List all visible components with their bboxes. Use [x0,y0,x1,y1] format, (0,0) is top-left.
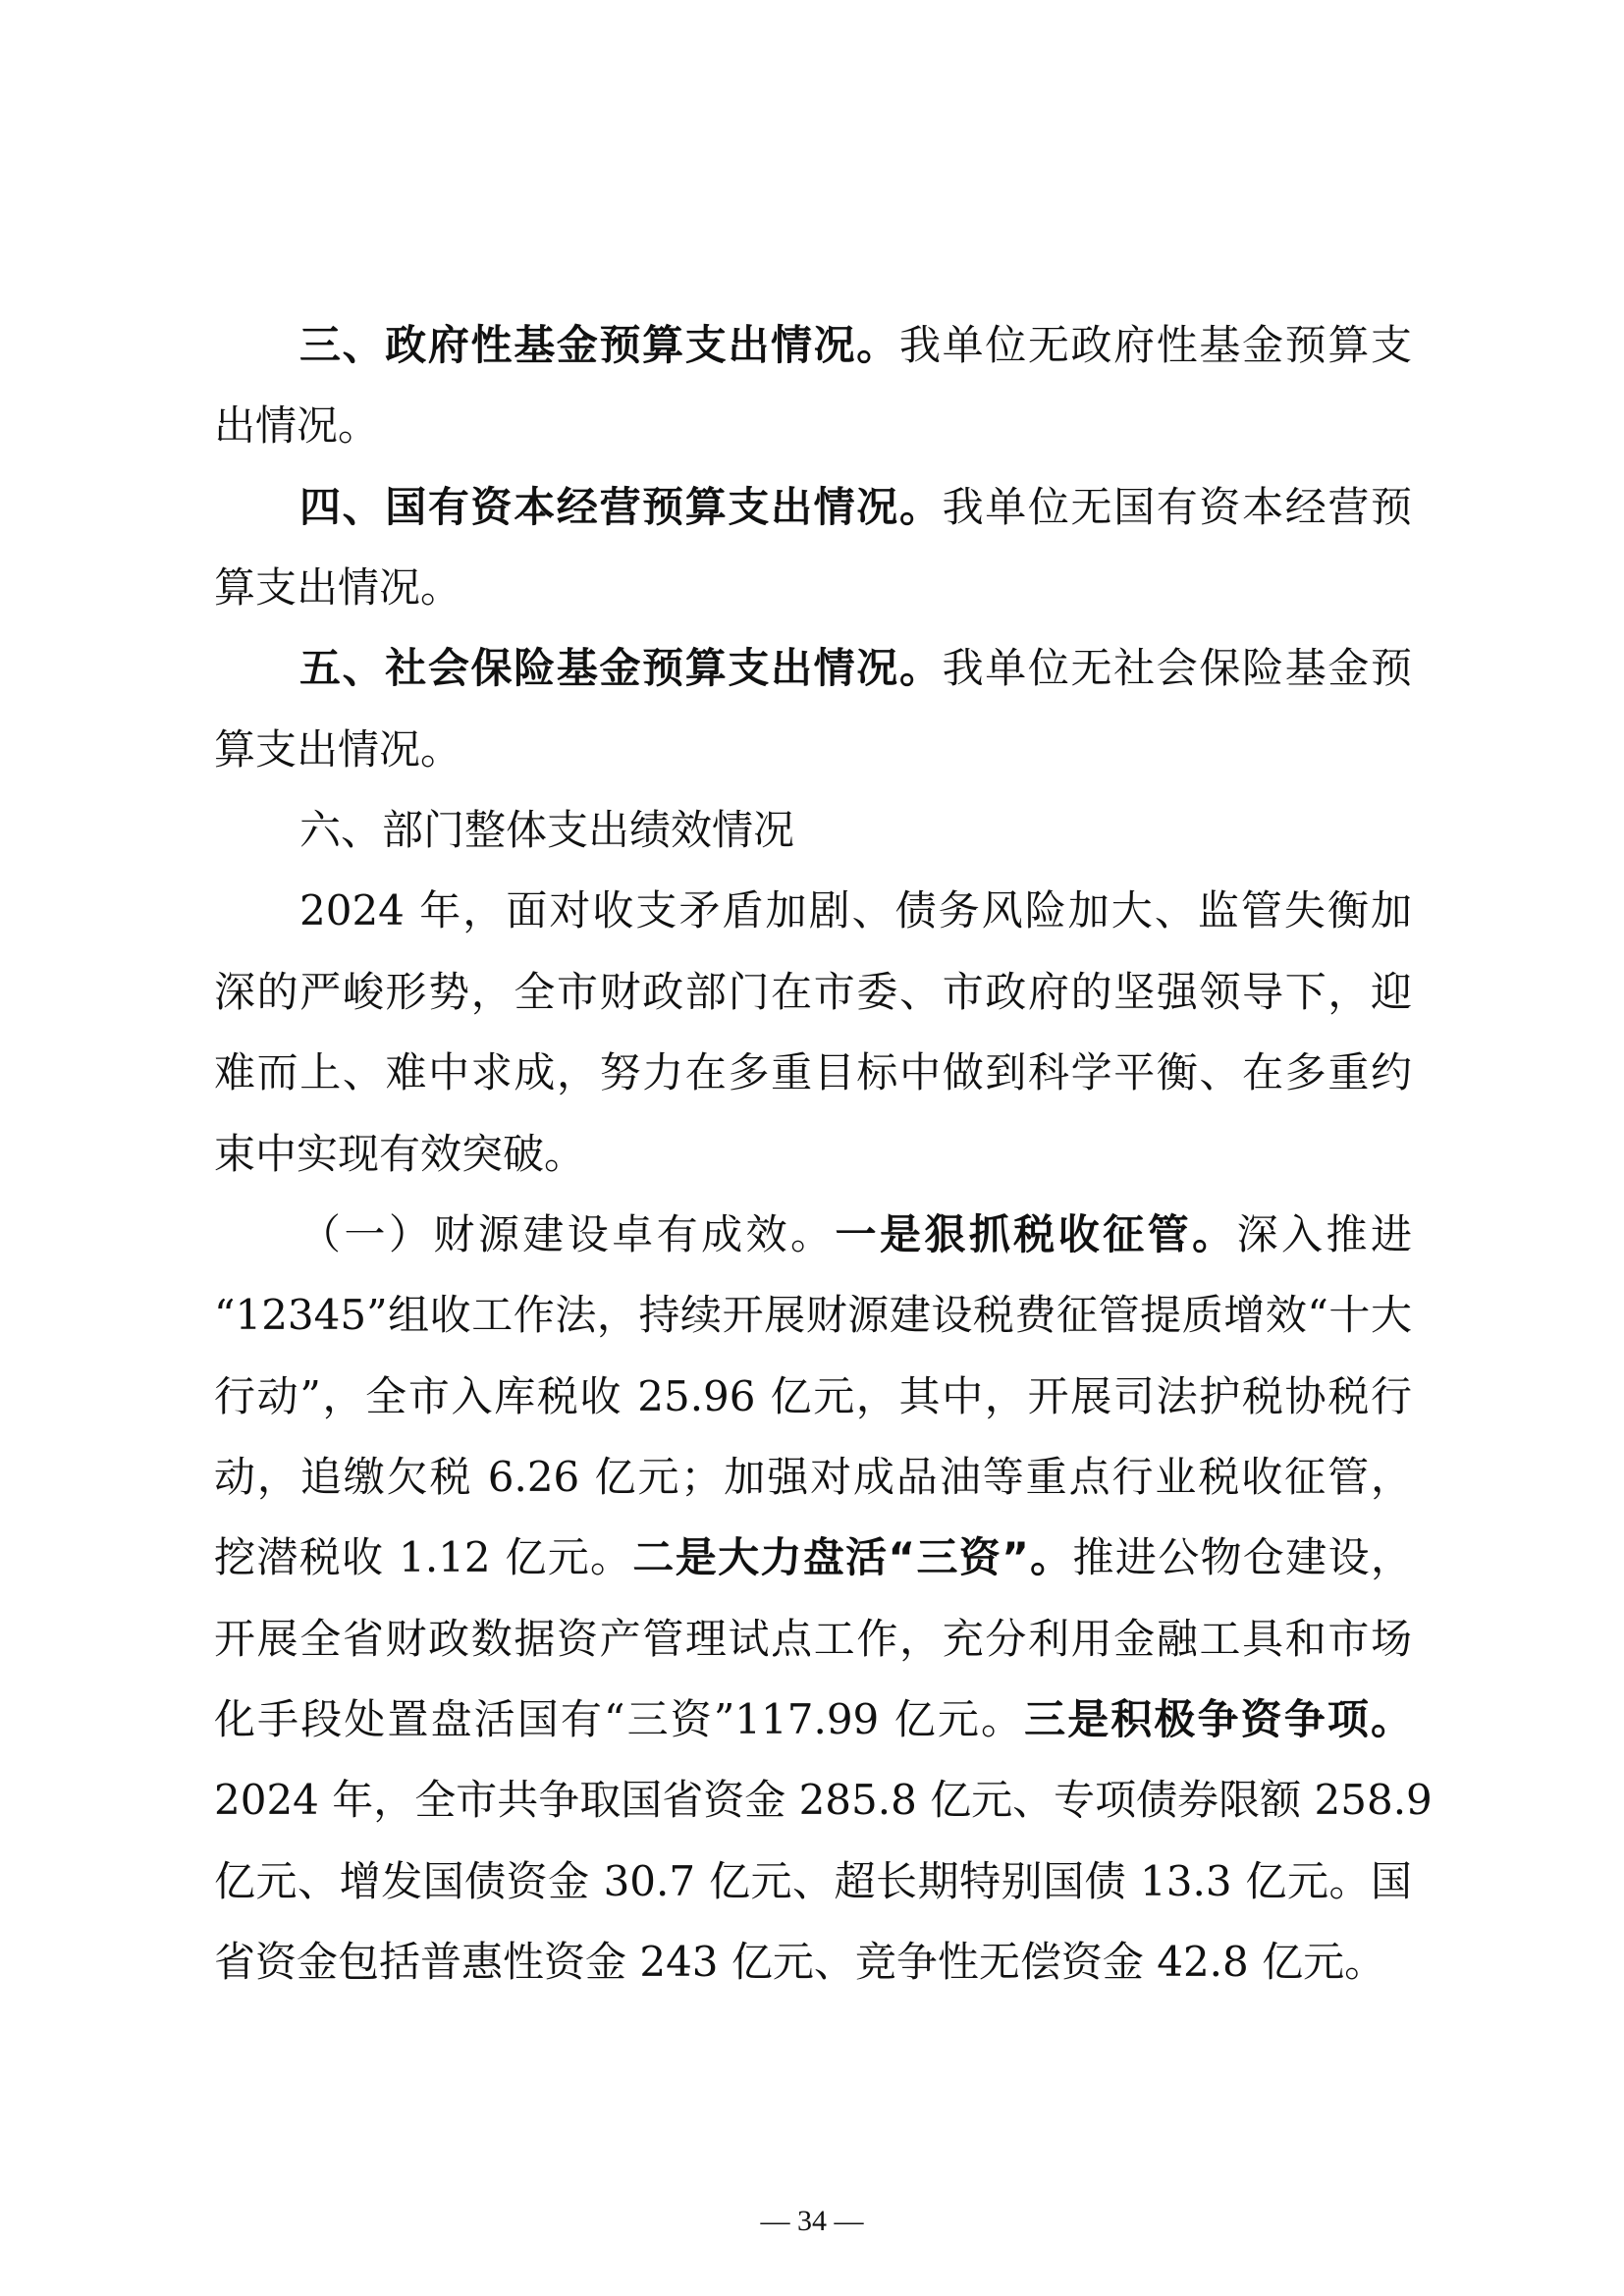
page-number: — 34 — [0,2202,1624,2241]
paragraph-line: 挖潜税收 1.12 亿元。二是大力盘活“三资”。推进公物仓建设， [214,1528,1412,1587]
text-run: 推进公物仓建设， [1073,1533,1412,1581]
text-run: 2024 年，全市共争取国省资金 285.8 亿元、专项债券限额 258.9 [214,1776,1433,1824]
text-run: 2024 年，面对收支矛盾加剧、债务风险加大、监管失衡加 [299,886,1412,934]
paragraph-line: 五、社会保险基金预算支出情况。我单位无社会保险基金预 [299,639,1412,698]
paragraph-line: 出情况。 [214,397,1412,455]
text-run: 深入推进 [1237,1210,1412,1258]
paragraph-line: 2024 年，全市共争取国省资金 285.8 亿元、专项债券限额 258.9 [214,1771,1412,1830]
text-run: 算支出情况。 [214,563,461,612]
bold-phrase: 三、政府性基金预算支出情况。 [299,321,899,369]
paragraph-line: “12345”组收工作法，持续开展财源建设税费征管提质增效“十大 [214,1286,1412,1345]
text-run: 挖潜税收 1.12 亿元。 [214,1533,632,1581]
text-run: 难而上、难中求成，努力在多重目标中做到科学平衡、在多重约 [214,1048,1412,1096]
text-run: 开展全省财政数据资产管理试点工作，充分利用金融工具和市场 [214,1615,1412,1663]
text-run: “12345”组收工作法，持续开展财源建设税费征管提质增效“十大 [214,1291,1412,1339]
text-run: 行动”，全市入库税收 25.96 亿元，其中，开展司法护税协税行 [214,1372,1412,1420]
bold-phrase: 一是狠抓税收征管。 [835,1210,1236,1258]
bold-phrase: 四、国有资本经营预算支出情况。 [299,483,943,531]
text-run: 我单位无社会保险基金预 [943,644,1412,692]
text-run: 束中实现有效突破。 [214,1130,585,1178]
paragraph-line: 四、国有资本经营预算支出情况。我单位无国有资本经营预 [299,478,1412,537]
bold-phrase: 五、社会保险基金预算支出情况。 [299,644,943,692]
section-heading: 六、部门整体支出绩效情况 [299,806,794,854]
paragraph-line: 算支出情况。 [214,721,1412,779]
paragraph-line: 算支出情况。 [214,559,1412,617]
paragraph-line: 亿元、增发国债资金 30.7 亿元、超长期特别国债 13.3 亿元。国 [214,1852,1412,1911]
paragraph-line: 行动”，全市入库税收 25.96 亿元，其中，开展司法护税协税行 [214,1367,1412,1426]
paragraph-line: 开展全省财政数据资产管理试点工作，充分利用金融工具和市场 [214,1610,1412,1669]
paragraph-line: 化手段处置盘活国有“三资”117.99 亿元。三是积极争资争项。 [214,1690,1412,1749]
document-page: 三、政府性基金预算支出情况。我单位无政府性基金预算支出情况。四、国有资本经营预算… [0,0,1624,2296]
paragraph-line: 动，追缴欠税 6.26 亿元；加强对成品油等重点行业税收征管， [214,1448,1412,1507]
bold-phrase: 二是大力盘活“三资”。 [632,1533,1072,1581]
text-run: 亿元、增发国债资金 30.7 亿元、超长期特别国债 13.3 亿元。国 [214,1857,1412,1905]
text-run: 我单位无政府性基金预算支 [899,321,1412,369]
text-run: 我单位无国有资本经营预 [943,483,1412,531]
paragraph-line: 难而上、难中求成，努力在多重目标中做到科学平衡、在多重约 [214,1043,1412,1102]
bold-phrase: 三是积极争资争项。 [1024,1695,1412,1743]
paragraph-line: 束中实现有效突破。 [214,1125,1412,1184]
text-run: 动，追缴欠税 6.26 亿元；加强对成品油等重点行业税收征管， [214,1453,1412,1501]
text-run: 出情况。 [214,401,379,450]
paragraph-line: 深的严峻形势，全市财政部门在市委、市政府的坚强领导下，迎 [214,963,1412,1022]
text-run: 深的严峻形势，全市财政部门在市委、市政府的坚强领导下，迎 [214,968,1412,1016]
paragraph-line: 三、政府性基金预算支出情况。我单位无政府性基金预算支 [299,316,1412,375]
paragraph-line: 六、部门整体支出绩效情况 [299,801,1412,860]
text-run: 算支出情况。 [214,725,461,774]
paragraph-line: 2024 年，面对收支矛盾加剧、债务风险加大、监管失衡加 [299,881,1412,940]
text-run: 省资金包括普惠性资金 243 亿元、竞争性无偿资金 42.8 亿元。 [214,1938,1385,1986]
subsection-heading: （一）财源建设卓有成效。 [299,1210,835,1258]
paragraph-line: （一）财源建设卓有成效。一是狠抓税收征管。深入推进 [299,1205,1412,1264]
paragraph-line: 省资金包括普惠性资金 243 亿元、竞争性无偿资金 42.8 亿元。 [214,1933,1412,1992]
text-run: 化手段处置盘活国有“三资”117.99 亿元。 [214,1695,1024,1743]
